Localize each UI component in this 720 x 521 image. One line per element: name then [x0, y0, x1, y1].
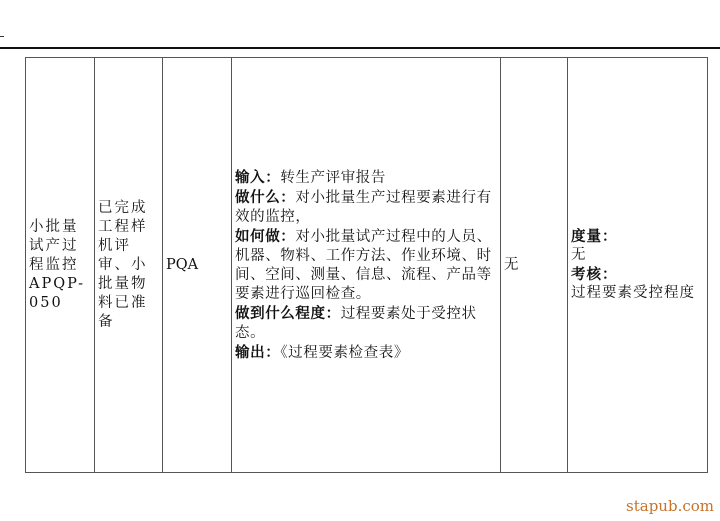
extent-line: 做到什么程度：过程要素处于受控状态。	[235, 304, 497, 343]
process-table: 小批量试产过程监控APQP-050 已完成工程样机评审、小批量物料已准备 PQA…	[25, 57, 708, 473]
how-label: 如何做：	[235, 228, 295, 245]
description-cell: 输入：转生产评审报告 做什么：对小批量生产过程要素进行有效的监控， 如何做：对小…	[232, 58, 501, 473]
how-line: 如何做：对小批量试产过程中的人员、机器、物料、工作方法、作业环境、时间、空间、测…	[235, 227, 497, 304]
input-text: 转生产评审报告	[280, 170, 386, 186]
assess-text: 过程要素受控程度	[571, 284, 704, 303]
what-line: 做什么：对小批量生产过程要素进行有效的监控，	[235, 188, 497, 227]
measure-label: 度量：	[571, 227, 704, 246]
margin-tick	[0, 36, 4, 37]
extent-label: 做到什么程度：	[235, 305, 341, 322]
assess-label: 考核：	[571, 265, 704, 284]
owner-cell: PQA	[163, 58, 232, 473]
watermark: stapub.com	[626, 497, 714, 515]
prerequisite-cell: 已完成工程样机评审、小批量物料已准备	[95, 58, 163, 473]
header-rule	[0, 47, 720, 49]
output-line: 输出：《过程要素检查表》	[235, 343, 497, 363]
what-label: 做什么：	[235, 189, 295, 206]
input-label: 输入：	[235, 169, 280, 186]
measure-text: 无	[571, 246, 704, 265]
output-label: 输出：	[235, 344, 280, 361]
step-cell: 小批量试产过程监控APQP-050	[26, 58, 95, 473]
evaluation-cell: 度量： 无 考核： 过程要素受控程度	[568, 58, 708, 473]
template-cell: 无	[501, 58, 568, 473]
output-text: 《过程要素检查表》	[280, 345, 409, 361]
input-line: 输入：转生产评审报告	[235, 168, 497, 188]
table-row: 小批量试产过程监控APQP-050 已完成工程样机评审、小批量物料已准备 PQA…	[26, 58, 708, 473]
